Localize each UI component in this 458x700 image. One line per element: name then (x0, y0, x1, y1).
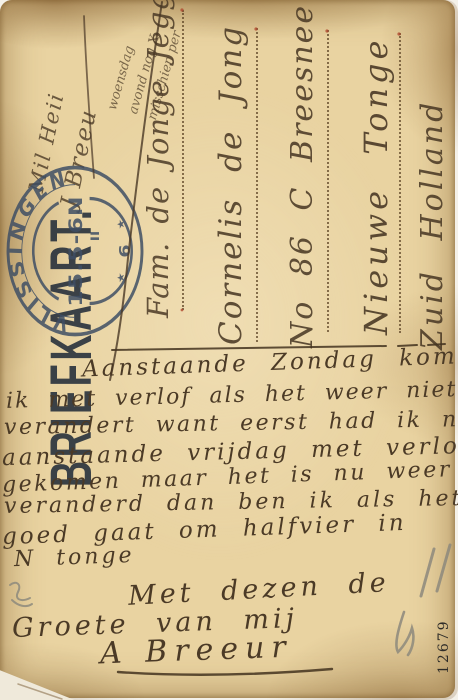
postmark-star-right: ★ (115, 218, 127, 229)
postmark-stamp: VLISSINGEN 15.5-6N II ★ 6 ★ (2, 160, 148, 342)
address-line-town: Nieuwe Tonge (360, 37, 392, 335)
postmark-code: II (88, 231, 101, 241)
signature: A Breeur (100, 633, 294, 670)
postcard-scan: Fam. de Jonge Jegger Cornelis de Jong No… (0, 0, 458, 700)
serial-number: 12679 (436, 619, 452, 674)
postmark-town: VLISSINGEN (5, 164, 71, 338)
address-rule-line-1 (182, 10, 184, 310)
address-line-province: Zuid Holland (418, 100, 448, 350)
message-line-8: N tonge (14, 545, 135, 571)
address-rule-line-4 (399, 33, 401, 333)
svg-text:VLISSINGEN: VLISSINGEN (5, 164, 71, 338)
postmark-star-left: ★ (115, 272, 127, 283)
postmark-icon: VLISSINGEN 15.5-6N II ★ 6 ★ (2, 160, 148, 342)
address-line-house-number: No 86 C Breesnee (288, 4, 318, 348)
postmark-date: 15.5-6N (65, 195, 87, 306)
address-rule-line-3 (327, 30, 329, 332)
address-line-recipient-name: Cornelis de Jong (216, 25, 247, 345)
address-rule-line-2 (256, 28, 258, 342)
postmark-office-number: 6 (117, 244, 135, 257)
